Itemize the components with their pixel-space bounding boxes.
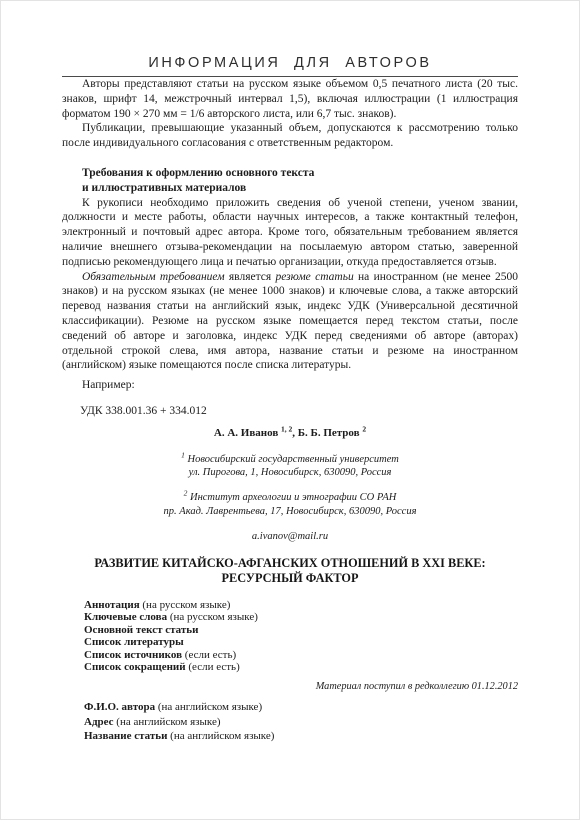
author-name: Б. Б. Петров: [298, 427, 360, 439]
list-item: Список источников (если есть): [84, 649, 518, 662]
item-bold: Название статьи: [84, 730, 167, 742]
item-bold: Основной текст статьи: [84, 624, 198, 636]
example-label: Например:: [62, 378, 518, 393]
list-item: Название статьи (на английском языке): [84, 729, 518, 743]
italic-phrase: Обязательным требованием: [82, 271, 225, 283]
affiliation-name: 2 Институт археологии и этнографии СО РА…: [62, 491, 518, 505]
affiliation-org: Новосибирский государственный университе…: [188, 454, 399, 465]
requirements-paragraph-2: Обязательным требованием является резюме…: [62, 270, 518, 374]
item-rest: (если есть): [182, 649, 236, 661]
article-structure-list: Аннотация (на русском языке) Ключевые сл…: [62, 599, 518, 674]
item-bold: Адрес: [84, 716, 114, 728]
author-affiliation-marker: 1, 2: [281, 424, 292, 433]
affiliation-marker: 2: [184, 489, 188, 498]
item-bold: Список сокращений: [84, 661, 186, 673]
item-rest: (на русском языке): [167, 611, 258, 623]
article-title: РАЗВИТИЕ КИТАЙСКО-АФГАНСКИХ ОТНОШЕНИЙ В …: [62, 556, 518, 587]
section-heading: Требования к оформлению основного текста…: [62, 166, 518, 196]
item-rest: (если есть): [186, 661, 240, 673]
udk-line: УДК 338.001.36 + 334.012: [62, 404, 518, 419]
affiliation-name: 1 Новосибирский государственный универси…: [62, 453, 518, 467]
item-bold: Список источников: [84, 649, 182, 661]
list-item: Список сокращений (если есть): [84, 661, 518, 674]
author-name: А. А. Иванов: [214, 427, 278, 439]
intro-paragraph-2: Публикации, превышающие указанный объем,…: [62, 121, 518, 151]
intro-paragraph-1: Авторы представляют статьи на русском яз…: [62, 77, 518, 121]
affiliation-1: 1 Новосибирский государственный универси…: [62, 453, 518, 481]
page-title: ИНФОРМАЦИЯ ДЛЯ АВТОРОВ: [62, 54, 518, 72]
authors-line: А. А. Иванов 1, 2, Б. Б. Петров 2: [62, 426, 518, 441]
item-rest: (на английском языке): [114, 716, 221, 728]
list-item: Ф.И.О. автора (на английском языке): [84, 700, 518, 714]
author-affiliation-marker: 2: [362, 424, 366, 433]
document-page: ИНФОРМАЦИЯ ДЛЯ АВТОРОВ Авторы представля…: [0, 0, 580, 820]
plain-text: является: [225, 271, 276, 283]
item-bold: Список литературы: [84, 636, 184, 648]
plain-text: на иностранном (не менее 2500 знаков) и …: [62, 271, 518, 372]
affiliation-org: Институт археологии и этнографии СО РАН: [190, 492, 396, 503]
list-item: Адрес (на английском языке): [84, 715, 518, 729]
affiliation-2: 2 Институт археологии и этнографии СО РА…: [62, 491, 518, 519]
list-item: Список литературы: [84, 636, 518, 649]
english-metadata-list: Ф.И.О. автора (на английском языке) Адре…: [62, 700, 518, 743]
item-bold: Ф.И.О. автора: [84, 701, 155, 713]
item-rest: (на английском языке): [155, 701, 262, 713]
item-bold: Ключевые слова: [84, 611, 167, 623]
italic-phrase: резюме статьи: [275, 271, 353, 283]
requirements-paragraph-1: К рукописи необходимо приложить сведения…: [62, 196, 518, 270]
item-rest: (на русском языке): [140, 599, 231, 611]
list-item: Основной текст статьи: [84, 624, 518, 637]
author-email: a.ivanov@mail.ru: [62, 530, 518, 545]
received-note: Материал поступил в редколлегию 01.12.20…: [62, 680, 518, 695]
item-rest: (на английском языке): [167, 730, 274, 742]
list-item: Ключевые слова (на русском языке): [84, 611, 518, 624]
affiliation-address: ул. Пирогова, 1, Новосибирск, 630090, Ро…: [62, 466, 518, 480]
item-bold: Аннотация: [84, 599, 140, 611]
affiliation-marker: 1: [181, 450, 185, 459]
list-item: Аннотация (на русском языке): [84, 599, 518, 612]
affiliation-address: пр. Акад. Лаврентьева, 17, Новосибирск, …: [62, 505, 518, 519]
